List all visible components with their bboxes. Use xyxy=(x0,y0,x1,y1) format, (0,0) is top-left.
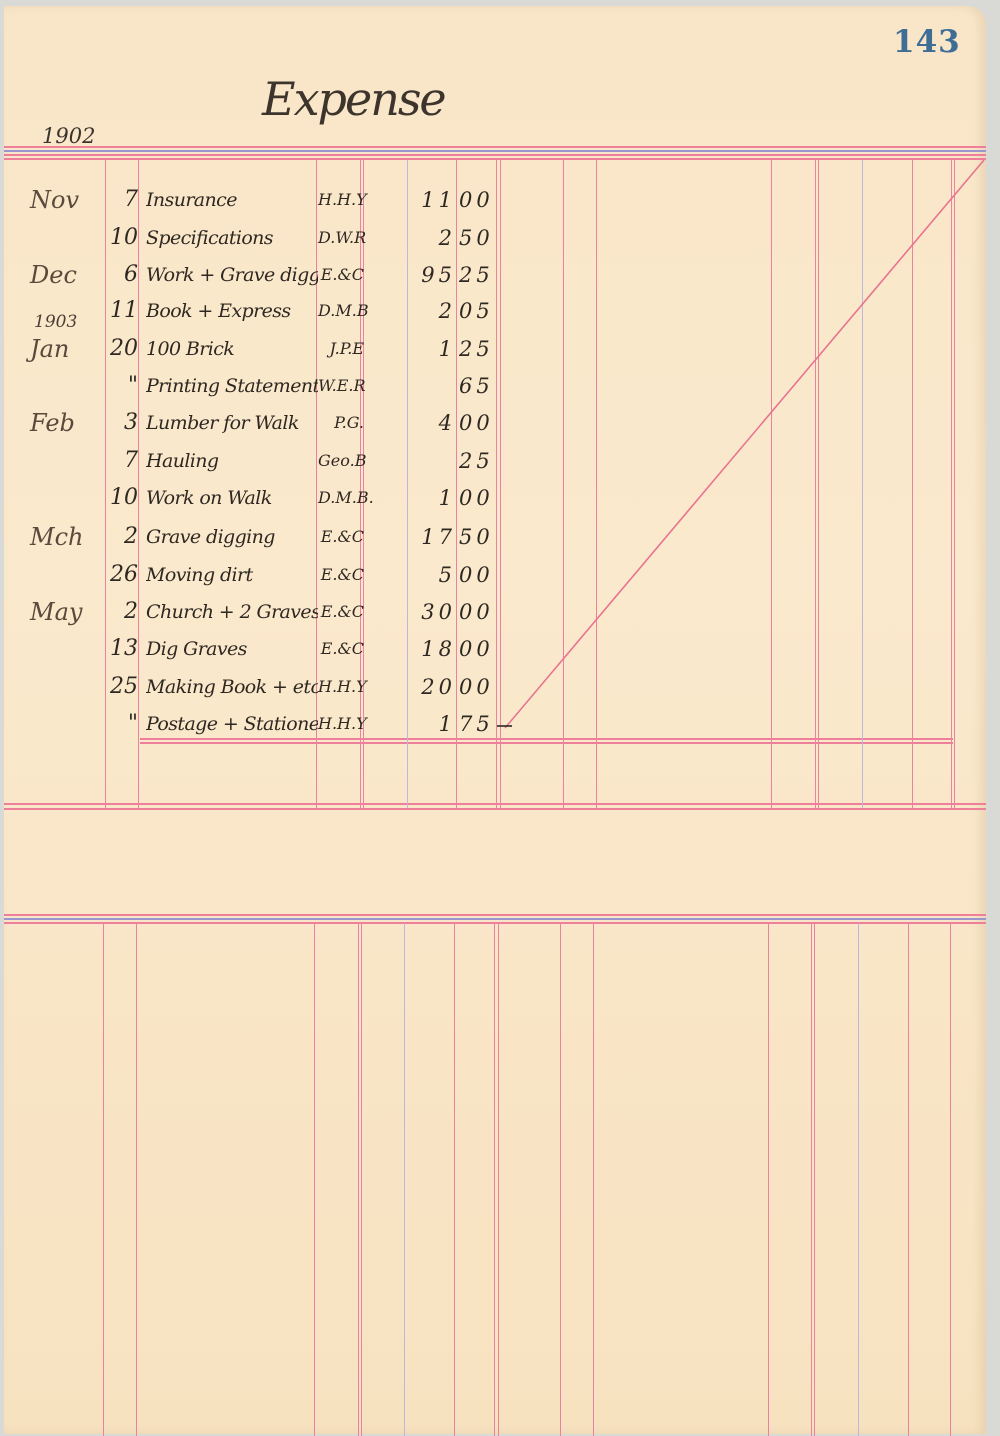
year-header: 1902 xyxy=(42,124,95,148)
entry-cents: 25 xyxy=(459,330,497,368)
entry-initials: J.P.E xyxy=(318,330,364,368)
entry-day: " xyxy=(106,705,138,743)
entry-month: May xyxy=(30,593,104,631)
entry-day: 7 xyxy=(106,181,138,219)
entry-day: " xyxy=(106,367,138,405)
entry-initials: E.&C xyxy=(318,518,364,556)
ledger-row: 7 Hauling Geo.B 25 xyxy=(0,442,520,480)
entry-day: 2 xyxy=(106,518,138,556)
entry-description: Hauling xyxy=(146,442,318,480)
entry-cents: 00 xyxy=(459,668,497,706)
entry-dollars: 1 xyxy=(408,330,456,368)
ledger-row: Feb 3 Lumber for Walk P.G. 4 00 xyxy=(0,404,520,442)
entry-cents: 00 xyxy=(459,630,497,668)
entry-initials: D.M.B. xyxy=(318,479,364,517)
entry-description: Postage + Stationery xyxy=(146,705,318,743)
page-number: 143 xyxy=(893,24,961,60)
entry-month: Nov xyxy=(30,181,104,219)
entry-description: Making Book + etc xyxy=(146,668,318,706)
entry-cents: 00 xyxy=(459,556,497,594)
entry-dollars: 4 xyxy=(408,404,456,442)
entry-month: Mch xyxy=(30,518,104,556)
ledger-row: 11 Book + Express D.M.B 2 05 xyxy=(0,292,520,330)
ledger-row: 10 Specifications D.W.R 2 50 xyxy=(0,219,520,257)
entry-initials: H.H.Y xyxy=(318,705,364,743)
entry-description: Dig Graves xyxy=(146,630,318,668)
ledger-row: 25 Making Book + etc H.H.Y 20 00 xyxy=(0,668,520,706)
entry-description: Grave digging xyxy=(146,518,318,556)
entry-day: 2 xyxy=(106,593,138,631)
entry-dollars: 2 xyxy=(408,219,456,257)
entry-initials: Geo.B xyxy=(318,442,364,480)
entry-initials: H.H.Y xyxy=(318,668,364,706)
entry-dollars: 1 xyxy=(408,705,456,743)
entry-description: Lumber for Walk xyxy=(146,404,318,442)
entry-day: 10 xyxy=(106,219,138,257)
entry-day: 13 xyxy=(106,630,138,668)
entry-cents: 05 xyxy=(459,292,497,330)
entry-cents: 00 xyxy=(459,181,497,219)
entry-day: 3 xyxy=(106,404,138,442)
entry-initials: D.M.B xyxy=(318,292,364,330)
ledger-row: Nov 7 Insurance H.H.Y 11 00 xyxy=(0,181,520,219)
entry-description: Moving dirt xyxy=(146,556,318,594)
entry-month: Dec xyxy=(30,256,104,294)
entry-day: 20 xyxy=(106,330,138,368)
entry-day: 6 xyxy=(106,256,138,294)
ledger-row: Mch 2 Grave digging E.&C 17 50 xyxy=(0,518,520,556)
page-title: Expense xyxy=(262,72,445,126)
entry-description: Printing Statements xyxy=(146,367,318,405)
ledger-row: " Printing Statements W.E.R 65 xyxy=(0,367,520,405)
entry-dollars: 30 xyxy=(408,593,456,631)
entry-initials: E.&C xyxy=(318,630,364,668)
ledger-row: " Postage + Stationery H.H.Y 1 75 xyxy=(0,705,520,743)
entry-dollars: 11 xyxy=(408,181,456,219)
entry-cents: 50 xyxy=(459,219,497,257)
ledger-row: Dec 6 Work + Grave digging E.&C 95 25 xyxy=(0,256,520,294)
entry-cents: 00 xyxy=(459,404,497,442)
entry-initials: P.G. xyxy=(318,404,364,442)
ledger-row: 10 Work on Walk D.M.B. 1 00 xyxy=(0,479,520,517)
entry-description: Specifications xyxy=(146,219,318,257)
entry-dollars: 95 xyxy=(408,256,456,294)
entry-day: 25 xyxy=(106,668,138,706)
entry-cents: 00 xyxy=(459,593,497,631)
entry-cents: 65 xyxy=(459,367,497,405)
entry-initials: W.E.R xyxy=(318,367,364,405)
entry-initials: E.&C xyxy=(318,256,364,294)
entry-day: 10 xyxy=(106,479,138,517)
entry-dollars: 5 xyxy=(408,556,456,594)
entry-dollars: 2 xyxy=(408,292,456,330)
entry-cents: 50 xyxy=(459,518,497,556)
entry-day: 26 xyxy=(106,556,138,594)
entry-description: Work on Walk xyxy=(146,479,318,517)
entry-description: Insurance xyxy=(146,181,318,219)
entry-initials: D.W.R xyxy=(318,219,364,257)
entry-day: 7 xyxy=(106,442,138,480)
entry-day: 11 xyxy=(106,292,138,330)
ledger-row: May 2 Church + 2 Graves E.&C 30 00 xyxy=(0,593,520,631)
entry-initials: E.&C xyxy=(318,556,364,594)
ledger-row: 13 Dig Graves E.&C 18 00 xyxy=(0,630,520,668)
entry-dollars: 1 xyxy=(408,479,456,517)
entry-description: Work + Grave digging xyxy=(146,256,318,294)
ledger-row: Jan 20 100 Brick J.P.E 1 25 xyxy=(0,330,520,368)
entry-month: Jan xyxy=(30,330,104,368)
entry-cents: 25 xyxy=(459,442,497,480)
entry-initials: E.&C xyxy=(318,593,364,631)
entry-cents: 25 xyxy=(459,256,497,294)
entry-cents: 00 xyxy=(459,479,497,517)
entry-description: Church + 2 Graves xyxy=(146,593,318,631)
entry-description: Book + Express xyxy=(146,292,318,330)
entry-dollars: 20 xyxy=(408,668,456,706)
entry-dollars: 18 xyxy=(408,630,456,668)
entry-cents: 75 xyxy=(459,705,497,743)
entry-month: Feb xyxy=(30,404,104,442)
ledger-row: 26 Moving dirt E.&C 5 00 xyxy=(0,556,520,594)
entry-dollars: 17 xyxy=(408,518,456,556)
entry-initials: H.H.Y xyxy=(318,181,364,219)
entry-description: 100 Brick xyxy=(146,330,318,368)
